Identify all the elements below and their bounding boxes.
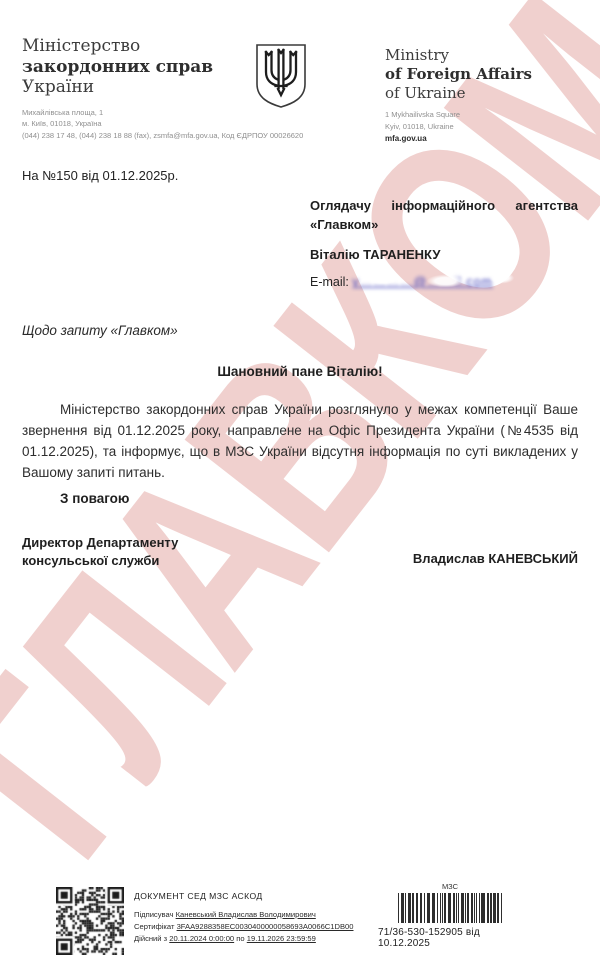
barcode-bar <box>497 893 499 923</box>
ministry-name-en-line2: of Foreign Affairs <box>385 65 532 84</box>
reference-number-line: На №150 від 01.12.2025р. <box>22 168 178 183</box>
signer-name: Владислав КАНЕВСЬКИЙ <box>413 551 578 566</box>
signer-position-line2: консульської служби <box>22 552 178 570</box>
barcode-bar <box>456 893 457 923</box>
barcode-bar <box>420 893 422 923</box>
ministry-website: mfa.gov.ua <box>385 134 532 143</box>
cert-label: Сертифікат <box>134 922 174 931</box>
barcode-bar <box>401 893 404 923</box>
barcode-bar <box>481 893 485 923</box>
stamp-system-title: ДОКУМЕНТ СЕД МЗС АСКОД <box>134 891 394 901</box>
signer-position-line1: Директор Департаменту <box>22 534 178 552</box>
email-link-redacted[interactable]: v…………@……il.com <box>352 275 493 289</box>
barcode-bar <box>427 893 430 923</box>
barcode-bar <box>408 893 411 923</box>
closing-phrase: З повагою <box>60 491 129 506</box>
barcode-bar <box>493 893 496 923</box>
recipient-email-line: E-mail: v…………@……il.com <box>310 275 493 289</box>
valid-separator: по <box>236 934 244 943</box>
barcode-bar <box>412 893 414 923</box>
barcode-bar <box>471 893 473 923</box>
cert-value: 3FAA9288358EC0030400000058693A0066C1DB00 <box>177 922 354 931</box>
barcode-bar <box>458 893 459 923</box>
barcode-bar <box>424 893 425 923</box>
address-uk-line2: м. Київ, 01018, Україна <box>22 118 303 129</box>
subject-line: Щодо запиту «Главком» <box>22 323 178 338</box>
barcode-bar <box>501 893 502 923</box>
barcode-bar <box>461 893 464 923</box>
email-label: E-mail: <box>310 275 349 289</box>
barcode-bar <box>467 893 469 923</box>
letter-page: ГЛАВКОМ Міністерство закордонних справ У… <box>0 0 600 973</box>
recipient-name: Віталію ТАРАНЕНКУ <box>310 247 440 262</box>
barcode-bar <box>437 893 438 923</box>
ministry-name-en-line1: Ministry <box>385 46 532 65</box>
registration-number: 71/36-530-152905 від 10.12.2025 <box>378 927 528 949</box>
recipient-organization: Оглядачу інформаційного агентства «Главк… <box>310 197 578 235</box>
stamp-validity-line: Дійсний з 20.11.2024 0:00:00 по 19.11.20… <box>134 933 394 945</box>
salutation: Шановний пане Віталію! <box>22 364 578 379</box>
valid-label: Дійсний з <box>134 934 167 943</box>
barcode-bar <box>465 893 466 923</box>
barcode-bar <box>440 893 441 923</box>
signer-position: Директор Департаменту консульської служб… <box>22 534 178 570</box>
qr-code <box>56 887 124 955</box>
ministry-name-en-line3: of Ukraine <box>385 84 532 103</box>
barcode-bar <box>487 893 489 923</box>
stamp-cert-line: Сертифікат 3FAA9288358EC0030400000058693… <box>134 921 394 933</box>
esignature-stamp: ДОКУМЕНТ СЕД МЗС АСКОД Підписувач Каневс… <box>134 891 394 944</box>
address-en-line2: Kyiv, 01018, Ukraine <box>385 121 532 132</box>
stamp-signer-line: Підписувач Каневський Владислав Володими… <box>134 909 394 921</box>
address-uk-contacts: (044) 238 17 48, (044) 238 18 88 (fax), … <box>22 130 303 141</box>
barcode-bar <box>398 893 399 923</box>
barcode-bar <box>416 893 418 923</box>
barcode-label: МЗС <box>398 882 502 891</box>
address-en-line1: 1 Mykhailivska Square <box>385 109 532 120</box>
barcode-bar <box>405 893 406 923</box>
valid-to-date: 19.11.2026 23:59:59 <box>247 934 316 943</box>
header-english: Ministry of Foreign Affairs of Ukraine 1… <box>385 46 532 143</box>
barcode-bar <box>476 893 477 923</box>
barcode-bar <box>453 893 455 923</box>
registration-barcode-block: МЗС 71/36-530-152905 від 10.12.2025 <box>378 882 528 949</box>
barcode-bar <box>479 893 480 923</box>
barcode-bar <box>474 893 475 923</box>
ukraine-trident-emblem-icon <box>251 42 311 110</box>
barcode-bar <box>448 893 451 923</box>
barcode-bar <box>432 893 435 923</box>
valid-from-date: 20.11.2024 0:00:00 <box>169 934 234 943</box>
signer-fullname: Каневський Владислав Володимирович <box>176 910 316 919</box>
barcode <box>398 893 502 923</box>
barcode-bar <box>444 893 446 923</box>
barcode-bar <box>442 893 443 923</box>
letter-body: Міністерство закордонних справ України р… <box>22 399 578 483</box>
barcode-bar <box>490 893 492 923</box>
signer-label: Підписувач <box>134 910 174 919</box>
